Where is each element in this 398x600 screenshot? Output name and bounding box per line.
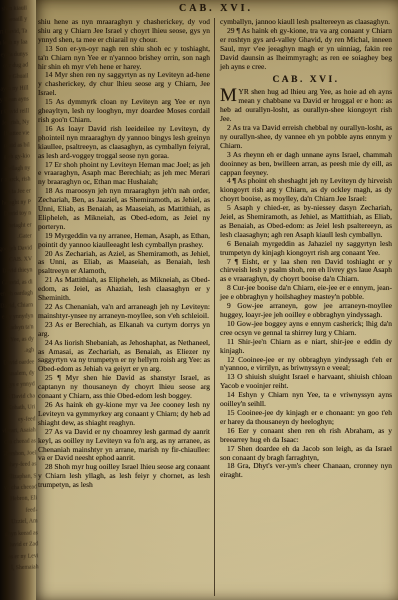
verse-paragraph: 22 As Chenaniah, va'n ard arraneagh jeh …: [38, 303, 210, 321]
verse-paragraph: 4 ¶ As phoint eh sheshaght jeh ny Levite…: [220, 177, 392, 204]
verse-paragraph: 6 Benaiah myrgeddin as Jahaziel ny saggy…: [220, 240, 392, 258]
book-page: CAB. XVI. shiu hene as nyn mraaraghyn y …: [34, 0, 398, 600]
verse-paragraph: 2 As tra va David erreish chebbal ny our…: [220, 124, 392, 151]
dropcap-letter: M: [220, 88, 238, 104]
verse-paragraph: 14 Eshyn y Chiarn nyn Yee, ta e vriwnyss…: [220, 391, 392, 409]
margin-fragment: dy lhean ayns: [0, 95, 30, 108]
margin-fragment: on lesh ny laa: [0, 38, 29, 51]
verse-paragraph: 16 Eer y conaant shen ren eh rish Abraha…: [220, 427, 392, 445]
margin-fragment: David toy n: [0, 209, 32, 222]
verse-paragraph: 27 As va David er ny choamrey lesh garma…: [38, 428, 210, 464]
book-photo: shen kiaull woaill y rt David, Ta on les…: [0, 0, 398, 600]
margin-fragment: David er Zad: [5, 539, 39, 552]
verse-paragraph: 16 As loayr David rish leeideilee ny Lev…: [38, 125, 210, 161]
verse-paragraph: 29 ¶ As haink eh gy-kione, tra va arg co…: [220, 27, 392, 72]
verse-paragraph: 15 As dymmyrk cloan ny Leviteyn arg Yee …: [38, 98, 210, 125]
first-verse-text: YR shen hug ad lhieu arg Yee, as hoie ad…: [220, 87, 392, 123]
facing-page-fragments: shen kiaull woaill y rt David, Ta on les…: [0, 3, 40, 596]
verse-paragraph: 25 ¶ Myr shen hie David as shanstyr Isra…: [38, 374, 210, 401]
margin-fragment: agh.: [1, 346, 35, 359]
verse-paragraph: 11 Shir-jee'n Chiarn as e niart, shir-je…: [220, 338, 392, 356]
verse-paragraph: 18 Gra, Dhyt's ver-ym's cheer Chanaan, c…: [220, 462, 392, 480]
chapter-heading: CAB. XVI.: [220, 76, 392, 85]
right-column-top: cymballyn, jannoo kiaull lesh psaltereey…: [220, 18, 392, 71]
right-column: cymballyn, jannoo kiaull lesh psaltereey…: [214, 18, 393, 596]
verse-paragraph: 26 As haink eh gy-kione myr va Jee coone…: [38, 401, 210, 428]
verse-paragraph: 10 Gow-jee boggey ayns e ennym casherick…: [220, 320, 392, 338]
book-spine-gutter: shen kiaull woaill y rt David, Ta on les…: [0, 0, 36, 600]
margin-fragment: g eh gy-kio: [0, 152, 31, 165]
verse-paragraph: 20 As Zechariah, as Aziel, as Shemiramot…: [38, 250, 210, 277]
chapter-first-verse: MYR shen hug ad lhieu arg Yee, as hoie a…: [220, 88, 392, 124]
margin-fragment: Elizaphan, S: [4, 471, 38, 484]
verse-paragraph: 8 Cur-jee booise da'n Chiarn, eie-jee er…: [220, 284, 392, 302]
verse-paragraph: 13 Son er-yn-oyr nagh ren shiu shoh ec y…: [38, 45, 210, 72]
margin-fragment: Kohath, Uri: [2, 403, 36, 416]
verse-paragraph: 9 Gow-jee arraneyn, gow jee arraneyn-moy…: [220, 302, 392, 320]
verse-paragraph: 14 Myr shen ren ny saggyrtyn as ny Levit…: [38, 71, 210, 98]
running-head: CAB. XVI.: [34, 0, 398, 16]
verse-paragraph: 19 Myrgeddin va ny arranee, Heman, Asaph…: [38, 232, 210, 250]
margin-fragment: shey-feed as: [3, 460, 37, 473]
verse-paragraph: 3 As rheynn eh er dagh unnane ayns Israe…: [220, 151, 392, 178]
verse-paragraph: shiu hene as nyn mraaraghyn y chasherick…: [38, 18, 210, 45]
verse-paragraph: 21 As Mattithiah, as Elipheleh, as Mikne…: [38, 276, 210, 303]
margin-fragment: Gater.: [0, 231, 33, 244]
verse-paragraph: 18 As maroosyn jeh nyn mraaraghyn jeh'n …: [38, 187, 210, 232]
verse-paragraph: 12 Cooinee-jee er ny obbraghyn yindyssag…: [220, 356, 392, 374]
margin-fragment: ren eh oardagh: [0, 289, 34, 302]
text-columns: shiu hene as nyn mraaraghyn y chasherick…: [34, 16, 398, 596]
left-column: shiu hene as nyn mraaraghyn y chasherick…: [37, 18, 214, 596]
verse-paragraph: 23 As er Berechiah, as Elkanah va curtym…: [38, 321, 210, 339]
margin-fragment: l, Shemaiah: [6, 562, 40, 575]
margin-fragment: Uzziel, Am: [5, 517, 39, 530]
verse-paragraph: 17 Er shoh phoint ny Leviteyn Heman mac …: [38, 161, 210, 188]
verse-paragraph: 28 Shoh myr hug ooilley Israel lhieu seo…: [38, 463, 210, 490]
verse-paragraph: 5 Asaph y chied-er, as by-niessey dasyn …: [220, 204, 392, 240]
verse-paragraph: 24 As liorish Shebaniah, as Jehoshaphat,…: [38, 339, 210, 375]
verse-paragraph: 13 O shiuish sluight Israel e harvaant, …: [220, 373, 392, 391]
margin-fragment: r marck, rish: [0, 174, 32, 187]
verse-paragraph: 17 Shen doardee eh da Jacob son leigh, a…: [220, 445, 392, 463]
verse-paragraph: 7 ¶ Eisht, er y laa shen ren David toshi…: [220, 258, 392, 285]
right-column-rest: 2 As tra va David erreish chebbal ny our…: [220, 124, 392, 480]
verse-paragraph: 15 Cooinee-jee dy kinjagh er e chonaant:…: [220, 409, 392, 427]
